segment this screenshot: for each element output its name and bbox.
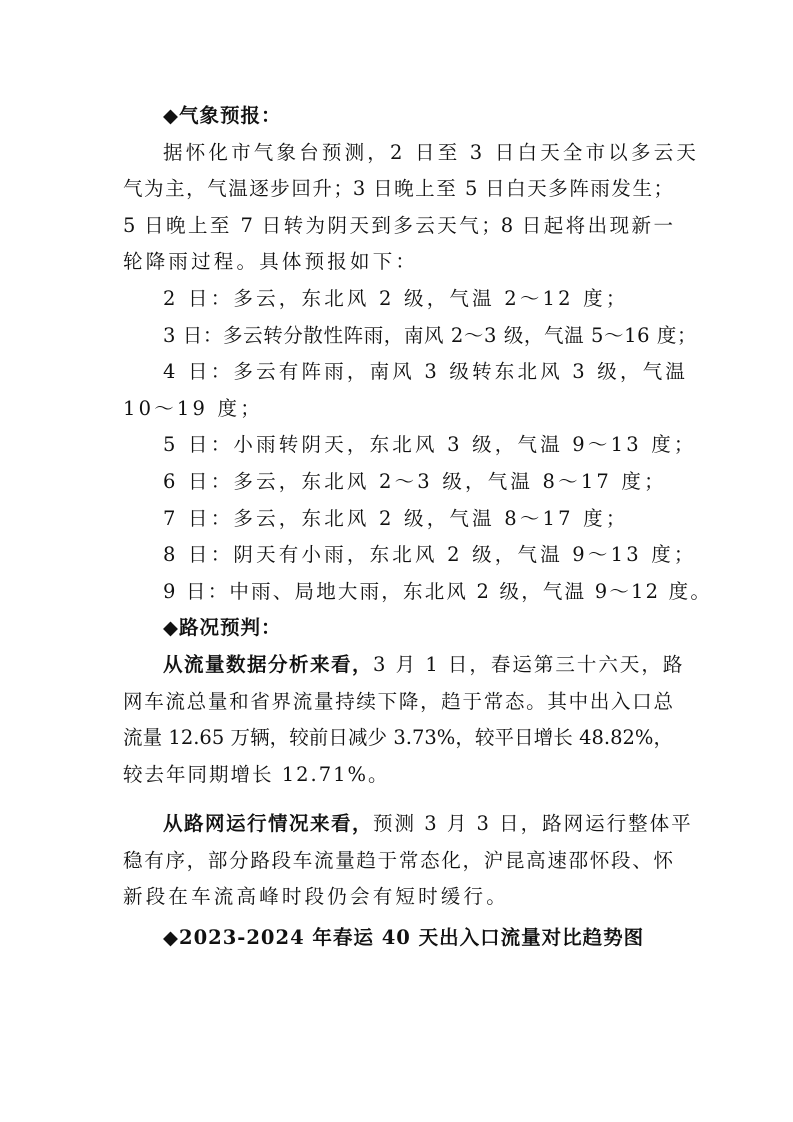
forecast-day-7: 7 日：多云，东北风 2 级，气温 8～17 度； [123,501,673,538]
traffic-paragraph-line-1: 从流量数据分析来看，3 月 1 日，春运第三十六天，路 [123,647,673,684]
weather-intro-line-2: 气为主，气温逐步回升；3 日晚上至 5 日白天多阵雨发生； [123,171,673,208]
operation-paragraph-line-1: 从路网运行情况来看，预测 3 月 3 日，路网运行整体平 [123,806,673,843]
weather-intro-line-1: 据怀化市气象台预测，2 日至 3 日白天全市以多云天 [123,135,673,172]
traffic-paragraph-line-3: 流量 12.65 万辆，较前日减少 3.73%，较平日增长 48.82%， [123,720,673,757]
forecast-day-8: 8 日：阴天有小雨，东北风 2 级，气温 9～13 度； [123,537,673,574]
forecast-day-5: 5 日：小雨转阴天，东北风 3 级，气温 9～13 度； [123,427,673,464]
operation-line-1-rest: 预测 3 月 3 日，路网运行整体平 [373,812,693,835]
operation-paragraph-line-2: 稳有序，部分路段车流量趋于常态化，沪昆高速邵怀段、怀 [123,843,673,880]
forecast-day-2: 2 日：多云，东北风 2 级，气温 2～12 度； [123,281,673,318]
traffic-line-1-rest: 3 月 1 日，春运第三十六天，路 [373,653,684,676]
chart-heading: ◆2023-2024 年春运 40 天出入口流量对比趋势图 [123,920,673,957]
forecast-day-4-cont: 10～19 度； [123,391,673,428]
weather-heading: ◆气象预报： [123,98,673,135]
traffic-paragraph-line-2: 网车流总量和省界流量持续下降，趋于常态。其中出入口总 [123,684,673,721]
traffic-lead: 从流量数据分析来看， [163,653,373,676]
weather-intro-line-3: 5 日晚上至 7 日转为阴天到多云天气；8 日起将出现新一 [123,208,673,245]
document-page: ◆气象预报： 据怀化市气象台预测，2 日至 3 日白天全市以多云天 气为主，气温… [123,98,673,957]
road-heading: ◆路况预判： [123,610,673,647]
weather-intro-line-4: 轮降雨过程。具体预报如下： [123,244,673,281]
forecast-day-3: 3 日：多云转分散性阵雨，南风 2～3 级，气温 5～16 度； [123,318,673,355]
operation-paragraph-line-3: 新段在车流高峰时段仍会有短时缓行。 [123,879,673,916]
operation-lead: 从路网运行情况来看， [163,812,373,835]
traffic-paragraph-line-4: 较去年同期增长 12.71%。 [123,757,673,794]
forecast-day-9: 9 日：中雨、局地大雨，东北风 2 级，气温 9～12 度。 [123,574,673,611]
forecast-day-4: 4 日：多云有阵雨，南风 3 级转东北风 3 级，气温 [123,354,673,391]
forecast-day-6: 6 日：多云，东北风 2～3 级，气温 8～17 度； [123,464,673,501]
